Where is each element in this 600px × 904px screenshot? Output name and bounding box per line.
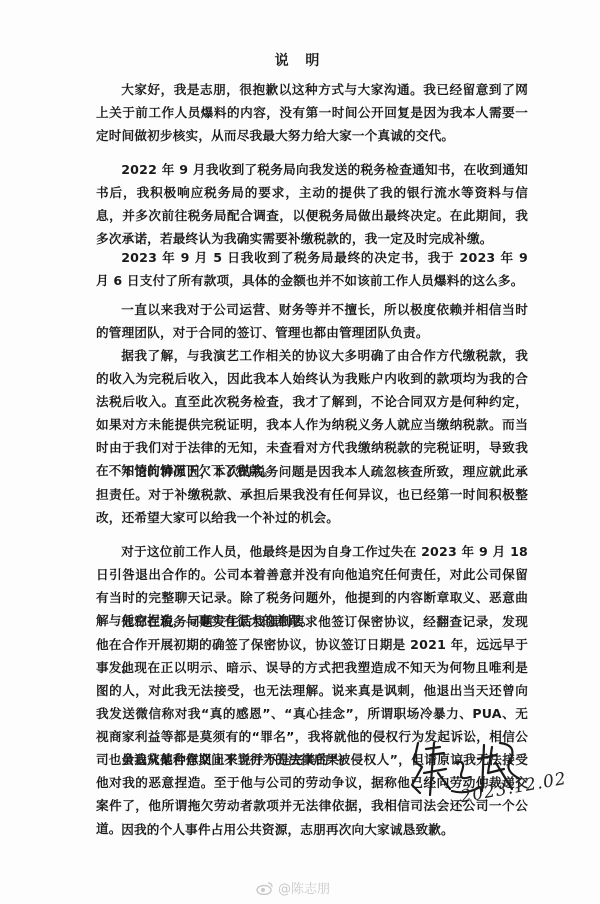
document-title: 说 明 — [0, 50, 600, 70]
statement-document: 说 明 大家好，我是志朋，很抱歉以这种方式与大家沟通。我已经留意到了网上关于前工… — [0, 0, 600, 904]
paragraph-responsibility: 不论何种原因，本次的税务问题是因我本人疏忽核查所致，理应就此承担责任。对于补缴税… — [96, 460, 528, 529]
paragraph-tax-payment: 2023 年 9 月 5 日我收到了税务局最终的决定书，我于 2023 年 9 … — [96, 246, 528, 292]
weibo-icon — [256, 881, 274, 895]
paragraph-tax-notice: 2022 年 9 月我收到了税务局向我发送的税务检查通知书，在收到通知书后，我积… — [96, 158, 528, 250]
watermark-handle: @陈志朋 — [278, 878, 330, 897]
weibo-watermark: @陈志朋 — [256, 878, 330, 897]
paragraph-greeting: 大家好，我是志朋，很抱歉以这种方式与大家沟通。我已经留意到了网上关于前工作人员爆… — [96, 78, 528, 147]
paragraph-management: 一直以来我对于公司运营、财务等并不擅长，所以极度依赖并相信当时的管理团队，对于合… — [96, 298, 528, 344]
paragraph-apology: 因我的个人事件占用公共资源，志朋再次向大家诚恳致歉。 — [96, 818, 528, 841]
